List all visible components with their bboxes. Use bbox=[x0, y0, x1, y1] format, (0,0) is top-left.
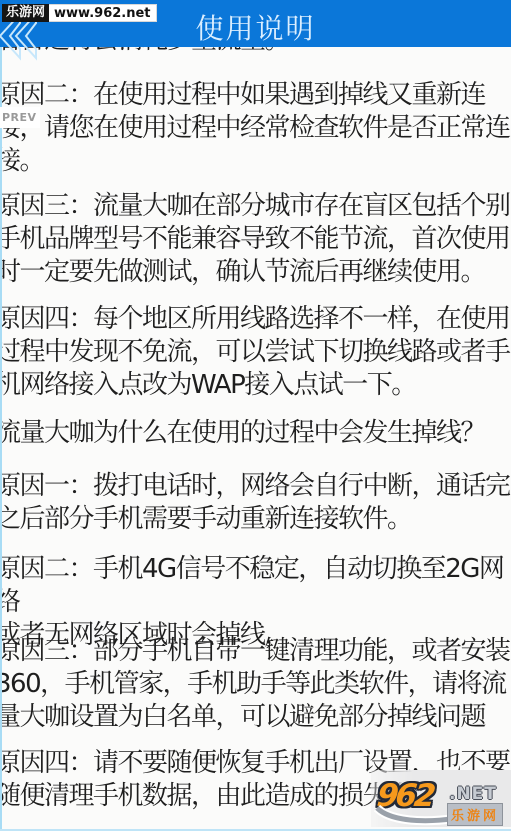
content-area: 后台运行会消耗少量流量。 原因二：在使用过程中如果遇到掉线又重新连 接，请您在使… bbox=[0, 0, 511, 831]
watermark-top-left: 乐游网 www.962.net bbox=[2, 4, 157, 22]
prev-button[interactable]: PREV bbox=[0, 107, 40, 128]
logo-net-text: .NET bbox=[449, 784, 497, 804]
watermark-logo-bottom-right: 962 .NET 乐游网 bbox=[371, 770, 511, 827]
section-heading-dropline: 流量大咖为什么在使用的过程中会发生掉线？ bbox=[0, 417, 511, 450]
paragraph-reason2-disconnect: 原因二：在使用过程中如果遇到掉线又重新连 接，请您在使用过程中经常检查软件是否正… bbox=[0, 79, 511, 178]
paragraph-dropline-reason1: 原因一：拨打电话时，网络会自行中断，通话完 之后部分手机需要手动重新连接软件。 bbox=[0, 470, 511, 536]
app-screen: 后台运行会消耗少量流量。 原因二：在使用过程中如果遇到掉线又重新连 接，请您在使… bbox=[0, 0, 511, 831]
paragraph-reason3-blindzone: 原因三：流量大咖在部分城市存在盲区包括个别 手机品牌型号不能兼容导致不能节流，首… bbox=[0, 190, 511, 289]
logo-site-name: 乐游网 bbox=[447, 803, 503, 826]
watermark-url: www.962.net bbox=[49, 4, 157, 22]
paragraph-dropline-reason3: 原因三：部分手机自带一键清理功能，或者安装 360，手机管家，手机助手等此类软件… bbox=[0, 635, 511, 734]
left-edge-line bbox=[0, 47, 2, 831]
paragraph-reason4-lines: 原因四：每个地区所用线路选择不一样，在使用 过程中发现不免流，可以尝试下切换线路… bbox=[0, 303, 511, 402]
watermark-site-name: 乐游网 bbox=[2, 4, 49, 22]
